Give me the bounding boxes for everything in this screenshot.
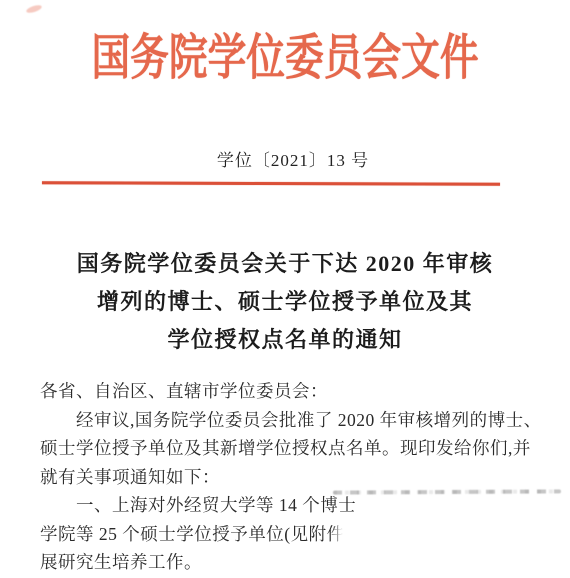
red-separator-rule — [42, 181, 500, 186]
notice-title-line-1: 国务院学位委员会关于下达 2020 年审核 — [0, 245, 570, 283]
body-line-para2-2: 学院等 25 个硕士学位授予单位(见附件 — [40, 520, 540, 549]
scan-artifact-mark — [25, 4, 42, 15]
scanned-document-page: 国务院学位委员会文件 学位〔2021〕13 号 国务院学位委员会关于下达 202… — [0, 0, 570, 578]
notice-title-line-3: 学位授权点名单的通知 — [0, 321, 570, 359]
notice-title: 国务院学位委员会关于下达 2020 年审核 增列的博士、硕士学位授予单位及其 学… — [0, 245, 570, 359]
body-line-para1-2: 硕士学位授予单位及其新增学位授权点名单。现印发给你们,并 — [40, 434, 540, 463]
partially-erased-character: 件 — [327, 520, 345, 549]
body-line-para2-3: 展研究生培养工作。 — [40, 548, 540, 577]
letterhead-title: 国务院学位委员会文件 — [60, 30, 510, 86]
body-line-para2-2-text: 学院等 25 个硕士学位授予单位(见附 — [40, 524, 327, 544]
document-number: 学位〔2021〕13 号 — [0, 146, 570, 171]
body-line-para1-1: 经审议,国务院学位委员会批准了 2020 年审核增列的博士、 — [40, 406, 540, 435]
notice-body: 各省、自治区、直辖市学位委员会： 经审议,国务院学位委员会批准了 2020 年审… — [40, 377, 540, 577]
salutation-line: 各省、自治区、直辖市学位委员会： — [40, 377, 540, 406]
body-line-para2-1: 一、上海对外经贸大学等 14 个博士 — [40, 491, 540, 520]
body-line-para1-3: 就有关事项通知如下： — [40, 463, 540, 492]
notice-title-line-2: 增列的博士、硕士学位授予单位及其 — [0, 283, 570, 321]
